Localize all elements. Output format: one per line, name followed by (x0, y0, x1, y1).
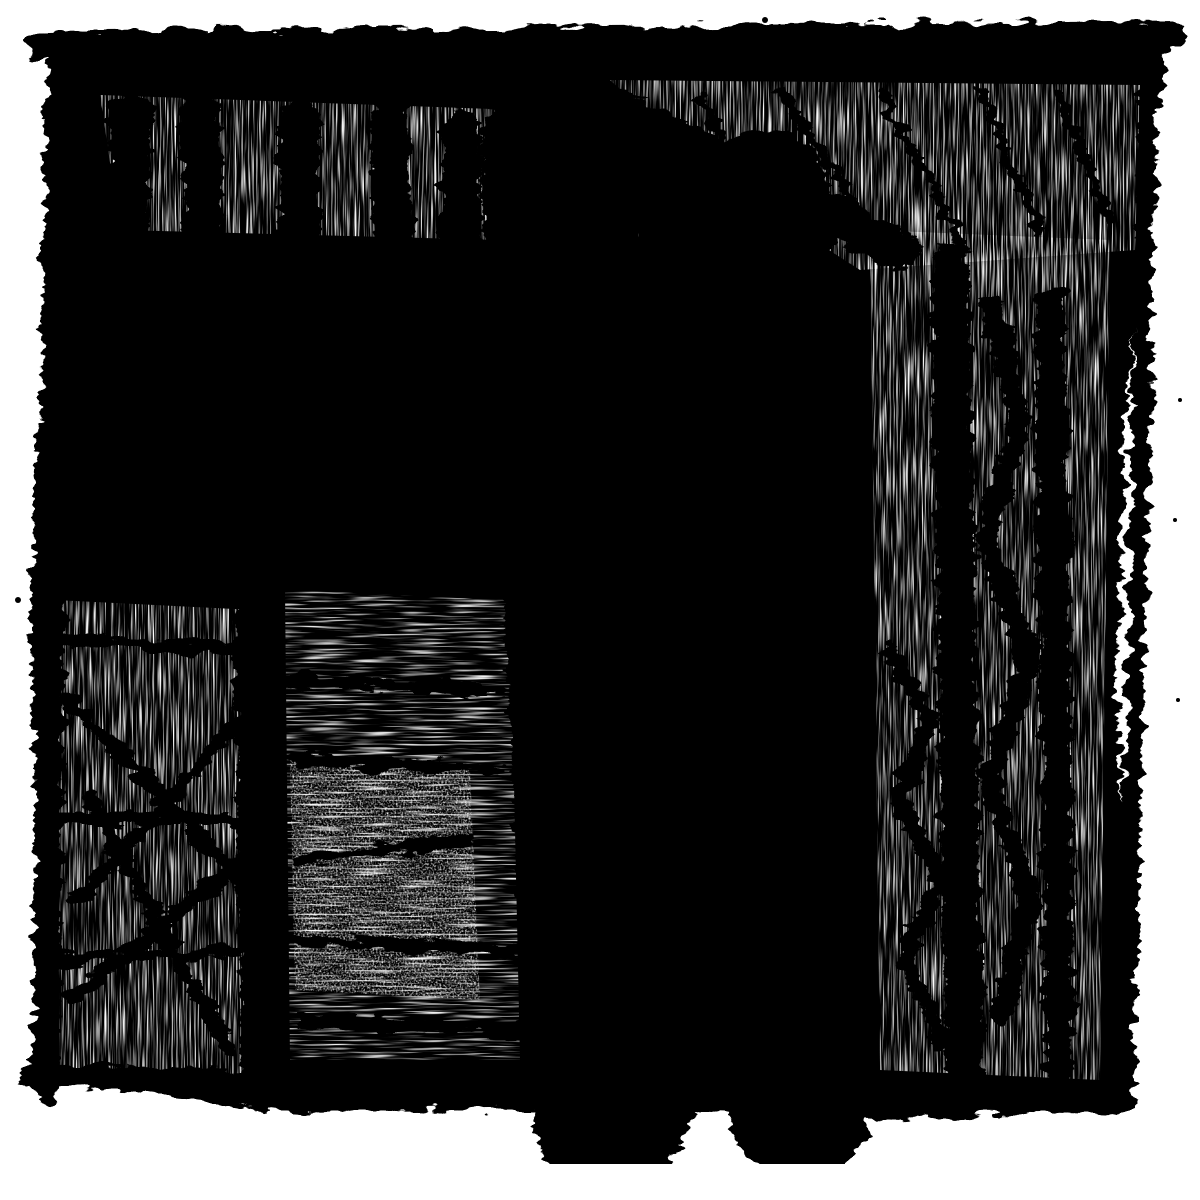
charcoal-drawing (0, 0, 1200, 1200)
